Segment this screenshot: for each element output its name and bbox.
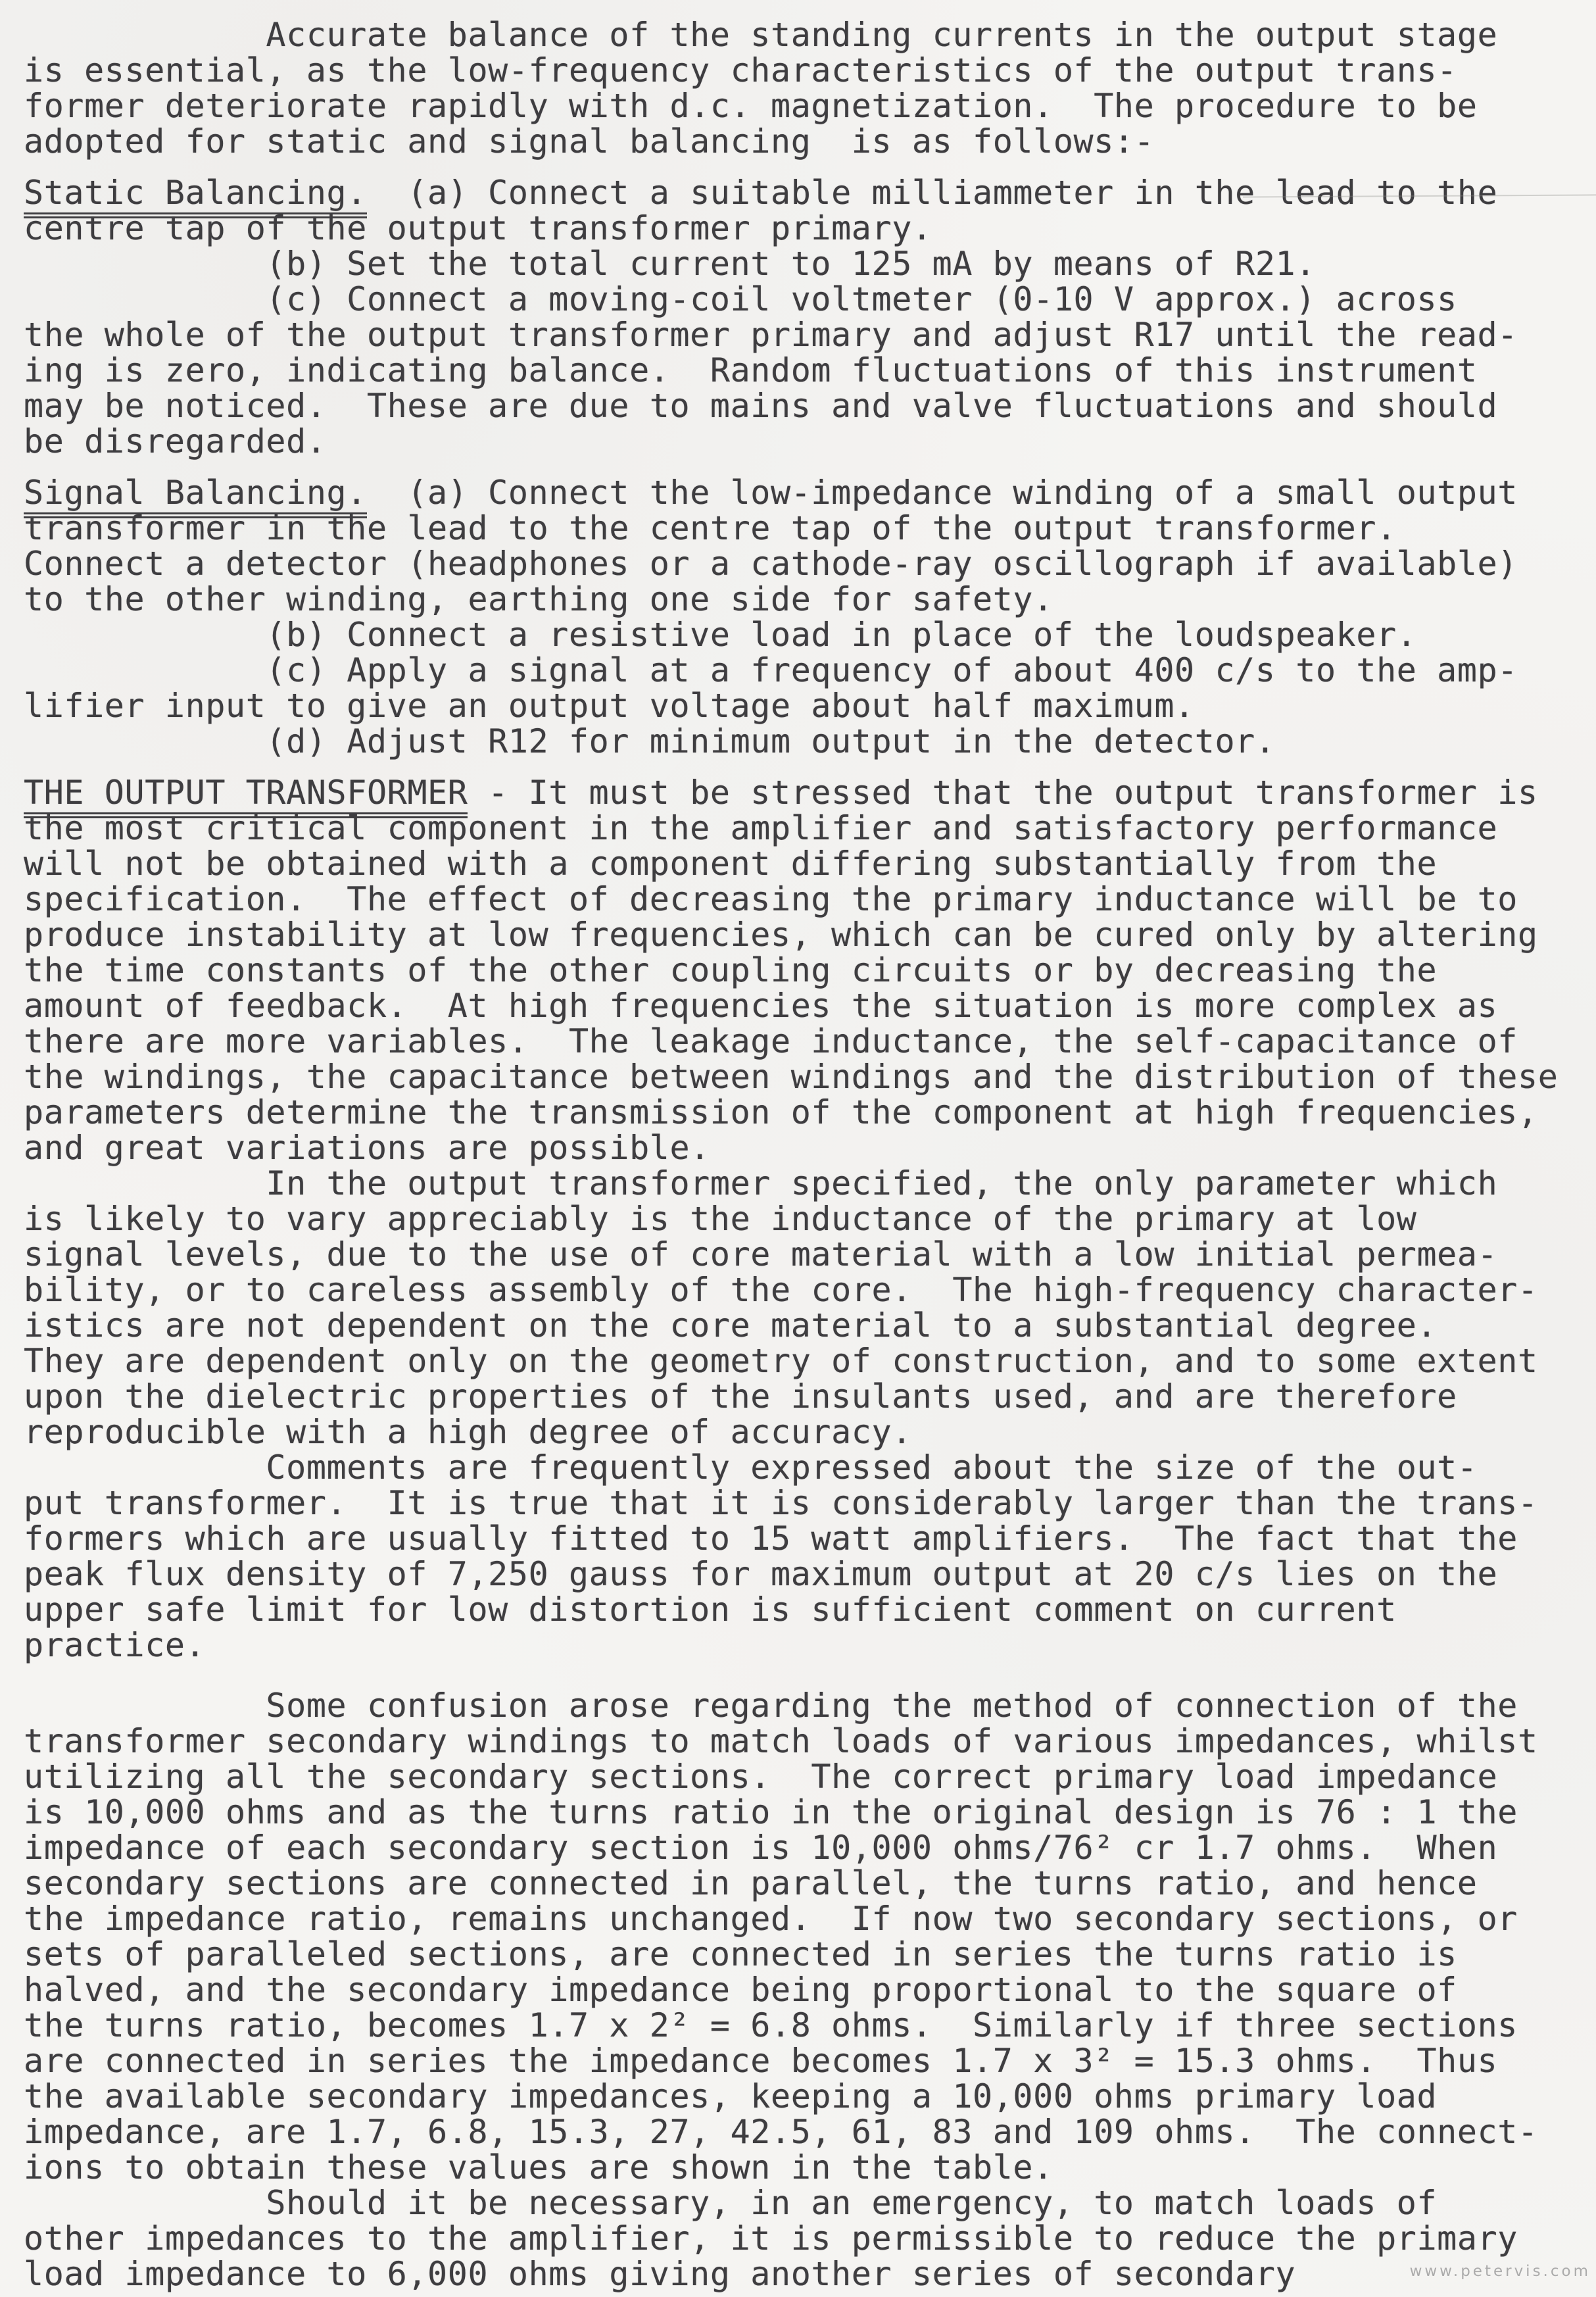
heading-line-rest: (a) Connect the low-impedance winding of… [367, 474, 1518, 512]
text-line: transformer secondary windings to match … [24, 1723, 1583, 1759]
text-line: adopted for static and signal balancing … [24, 124, 1583, 159]
text-line: They are dependent only on the geometry … [24, 1343, 1583, 1379]
text-line: (b) Set the total current to 125 mA by m… [24, 246, 1583, 282]
heading-line-rest: (a) Connect a suitable milliammeter in t… [367, 174, 1497, 212]
text-line: the available secondary impedances, keep… [24, 2079, 1583, 2114]
text-line: ions to obtain these values are shown in… [24, 2150, 1583, 2185]
text-line: (c) Apply a signal at a frequency of abo… [24, 653, 1583, 688]
text-line: upper safe limit for low distortion is s… [24, 1592, 1583, 1627]
text-line: specification. The effect of decreasing … [24, 881, 1583, 917]
text-line: transformer in the lead to the centre ta… [24, 510, 1583, 546]
text-line: reproducible with a high degree of accur… [24, 1414, 1583, 1450]
text-line: bility, or to careless assembly of the c… [24, 1272, 1583, 1308]
text-line: utilizing all the secondary sections. Th… [24, 1759, 1583, 1794]
text-line: are connected in series the impedance be… [24, 2043, 1583, 2079]
text-line: the impedance ratio, remains unchanged. … [24, 1901, 1583, 1937]
section-heading-line: THE OUTPUT TRANSFORMER - It must be stre… [24, 775, 1583, 810]
text-line: sets of paralleled sections, are connect… [24, 1937, 1583, 1972]
text-line: centre tap of the output transformer pri… [24, 210, 1583, 246]
heading-line-rest: - It must be stressed that the output tr… [468, 774, 1537, 812]
section-static-balancing: Static Balancing. (a) Connect a suitable… [24, 175, 1583, 459]
watermark: www.petervis.com [1410, 2254, 1591, 2289]
text-line: lifier input to give an output voltage a… [24, 688, 1583, 724]
section-secondary-connections: Some confusion arose regarding the metho… [24, 1688, 1583, 2292]
text-line: is 10,000 ohms and as the turns ratio in… [24, 1794, 1583, 1830]
text-line: is likely to vary appreciably is the ind… [24, 1201, 1583, 1237]
section-heading-line: Static Balancing. (a) Connect a suitable… [24, 175, 1583, 210]
scanned-document-page: Accurate balance of the standing current… [0, 0, 1596, 2297]
text-line: Should it be necessary, in an emergency,… [24, 2185, 1583, 2221]
text-line: Connect a detector (headphones or a cath… [24, 546, 1583, 581]
section-output-transformer: THE OUTPUT TRANSFORMER - It must be stre… [24, 775, 1583, 1663]
text-line: Comments are frequently expressed about … [24, 1450, 1583, 1485]
text-line: impedance, are 1.7, 6.8, 15.3, 27, 42.5,… [24, 2114, 1583, 2150]
text-line: amount of feedback. At high frequencies … [24, 988, 1583, 1024]
text-line: there are more variables. The leakage in… [24, 1024, 1583, 1059]
text-line: to the other winding, earthing one side … [24, 581, 1583, 617]
text-line: the whole of the output transformer prim… [24, 317, 1583, 353]
text-line: put transformer. It is true that it is c… [24, 1485, 1583, 1521]
text-line: (c) Connect a moving-coil voltmeter (0-1… [24, 282, 1583, 317]
text-line: the turns ratio, becomes 1.7 x 2² = 6.8 … [24, 2008, 1583, 2043]
text-line: be disregarded. [24, 424, 1583, 459]
text-line: ing is zero, indicating balance. Random … [24, 353, 1583, 388]
text-line: (b) Connect a resistive load in place of… [24, 617, 1583, 653]
text-line: former deteriorate rapidly with d.c. mag… [24, 88, 1583, 124]
text-line: halved, and the secondary impedance bein… [24, 1972, 1583, 2008]
text-line: the windings, the capacitance between wi… [24, 1059, 1583, 1095]
paragraph-intro: Accurate balance of the standing current… [24, 17, 1583, 159]
text-line: practice. [24, 1627, 1583, 1663]
text-line: and great variations are possible. [24, 1130, 1583, 1166]
text-line: formers which are usually fitted to 15 w… [24, 1521, 1583, 1556]
text-line: impedance of each secondary section is 1… [24, 1830, 1583, 1865]
text-line: signal levels, due to the use of core ma… [24, 1237, 1583, 1272]
text-line: is essential, as the low-frequency chara… [24, 53, 1583, 88]
section-signal-balancing: Signal Balancing. (a) Connect the low-im… [24, 475, 1583, 759]
text-line: produce instability at low frequencies, … [24, 917, 1583, 952]
text-line: will not be obtained with a component di… [24, 846, 1583, 881]
text-line: other impedances to the amplifier, it is… [24, 2221, 1583, 2256]
section-heading-line: Signal Balancing. (a) Connect the low-im… [24, 475, 1583, 510]
text-line: the most critical component in the ampli… [24, 810, 1583, 846]
text-line: the time constants of the other coupling… [24, 952, 1583, 988]
text-line: upon the dielectric properties of the in… [24, 1379, 1583, 1414]
text-line: secondary sections are connected in para… [24, 1865, 1583, 1901]
text-line: peak flux density of 7,250 gauss for max… [24, 1556, 1583, 1592]
text-line: parameters determine the transmission of… [24, 1095, 1583, 1130]
text-line: Accurate balance of the standing current… [24, 17, 1583, 53]
text-line: load impedance to 6,000 ohms giving anot… [24, 2256, 1583, 2292]
text-line: may be noticed. These are due to mains a… [24, 388, 1583, 424]
text-line: In the output transformer specified, the… [24, 1166, 1583, 1201]
text-line: istics are not dependent on the core mat… [24, 1308, 1583, 1343]
text-line: Some confusion arose regarding the metho… [24, 1688, 1583, 1723]
text-line: (d) Adjust R12 for minimum output in the… [24, 724, 1583, 759]
